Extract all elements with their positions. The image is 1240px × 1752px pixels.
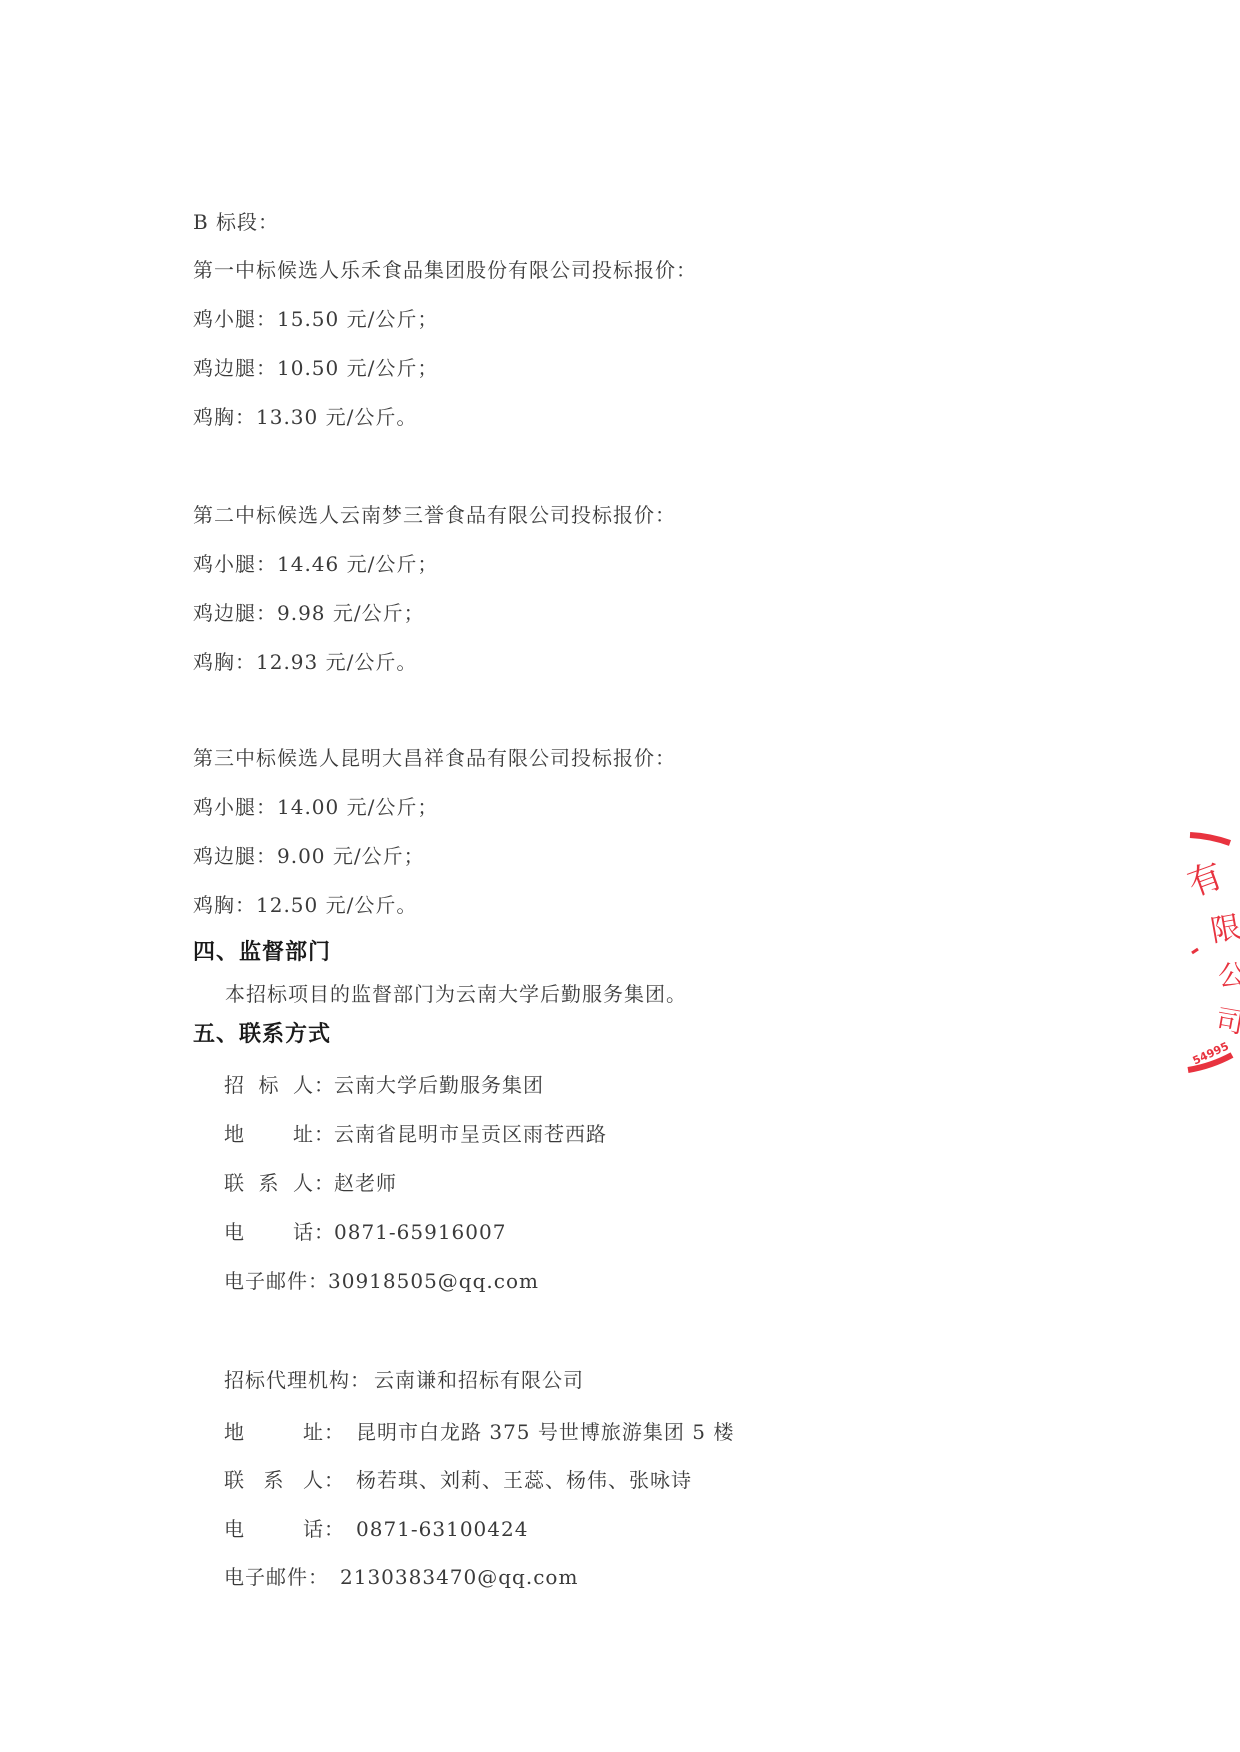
svg-text:公: 公: [1218, 959, 1240, 992]
candidate-2-price-leg: 鸡边腿：9.98 元/公斤；: [193, 601, 425, 625]
agency-email-row: 电子邮件：2130383470@qq.com: [224, 1565, 578, 1589]
company-seal-stamp: 有 限 公 司 54995: [1170, 825, 1240, 1085]
tenderer-contact-row: 联 系 人 ：赵老师: [224, 1171, 397, 1195]
tenderer-phone-row: 电 话 ：0871-65916007: [224, 1220, 506, 1244]
tenderer-phone-label: 电 话: [224, 1220, 314, 1244]
agency-phone-row: 电 话 ：0871-63100424: [224, 1517, 528, 1541]
agency-address-value: 昆明市白龙路 375 号世博旅游集团 5 楼: [356, 1420, 734, 1444]
agency-address-label: 地 址: [224, 1420, 324, 1444]
supervision-heading: 四、监督部门: [193, 940, 331, 966]
candidate-1-price-leg: 鸡边腿：10.50 元/公斤；: [193, 356, 438, 380]
tenderer-address-label: 地 址: [224, 1122, 314, 1146]
agency-email-label: 电子邮件: [224, 1565, 308, 1589]
candidate-3-price-drumstick: 鸡小腿：14.00 元/公斤；: [193, 795, 438, 819]
tenderer-phone-value: 0871-65916007: [334, 1220, 506, 1244]
candidate-1-price-drumstick: 鸡小腿：15.50 元/公斤；: [193, 307, 438, 331]
section-b-title: B 标段：: [193, 210, 279, 234]
candidate-3-price-breast: 鸡胸：12.50 元/公斤。: [193, 893, 417, 917]
agency-name-row: 招标代理机构：云南谦和招标有限公司: [224, 1368, 584, 1392]
agency-email-value[interactable]: 2130383470@qq.com: [340, 1565, 578, 1589]
candidate-3-price-leg: 鸡边腿：9.00 元/公斤；: [193, 844, 425, 868]
agency-contact-row: 联 系 人 ：杨若琪、刘莉、王蕊、杨伟、张咏诗: [224, 1468, 692, 1492]
agency-contact-label: 联 系 人: [224, 1468, 324, 1492]
candidate-1-heading: 第一中标候选人乐禾食品集团股份有限公司投标报价：: [193, 258, 697, 282]
tenderer-name-row: 招 标 人 ：云南大学后勤服务集团: [224, 1073, 544, 1097]
candidate-2-price-breast: 鸡胸：12.93 元/公斤。: [193, 650, 417, 674]
svg-text:有: 有: [1183, 856, 1229, 905]
agency-contact-value: 杨若琪、刘莉、王蕊、杨伟、张咏诗: [356, 1468, 692, 1492]
candidate-2-heading: 第二中标候选人云南梦三誉食品有限公司投标报价：: [193, 503, 676, 527]
tenderer-email-row: 电子邮件：30918505@qq.com: [224, 1269, 539, 1293]
agency-name-value: 云南谦和招标有限公司: [374, 1368, 584, 1392]
agency-phone-label: 电 话: [224, 1517, 324, 1541]
tenderer-name-label: 招 标 人: [224, 1073, 314, 1097]
svg-text:司: 司: [1213, 1003, 1240, 1040]
tenderer-contact-label: 联 系 人: [224, 1171, 314, 1195]
seal-arc-icon: 有 限 公 司 54995: [1170, 825, 1240, 1085]
tenderer-contact-value: 赵老师: [334, 1171, 397, 1195]
tenderer-email-value[interactable]: 30918505@qq.com: [328, 1269, 539, 1293]
agency-phone-value: 0871-63100424: [356, 1517, 528, 1541]
candidate-3-heading: 第三中标候选人昆明大昌祥食品有限公司投标报价：: [193, 746, 676, 770]
candidate-1-price-breast: 鸡胸：13.30 元/公斤。: [193, 405, 417, 429]
tenderer-address-value: 云南省昆明市呈贡区雨苍西路: [334, 1122, 607, 1146]
tenderer-address-row: 地 址 ：云南省昆明市呈贡区雨苍西路: [224, 1122, 607, 1146]
agency-address-row: 地 址 ：昆明市白龙路 375 号世博旅游集团 5 楼: [224, 1420, 734, 1444]
candidate-2-price-drumstick: 鸡小腿：14.46 元/公斤；: [193, 552, 438, 576]
svg-text:限: 限: [1208, 910, 1240, 950]
tenderer-name-value: 云南大学后勤服务集团: [334, 1073, 544, 1097]
supervision-body: 本招标项目的监督部门为云南大学后勤服务集团。: [225, 982, 687, 1006]
agency-name-label: 招标代理机构: [224, 1368, 350, 1392]
contact-heading: 五、联系方式: [193, 1022, 331, 1048]
tenderer-email-label: 电子邮件: [224, 1269, 308, 1293]
